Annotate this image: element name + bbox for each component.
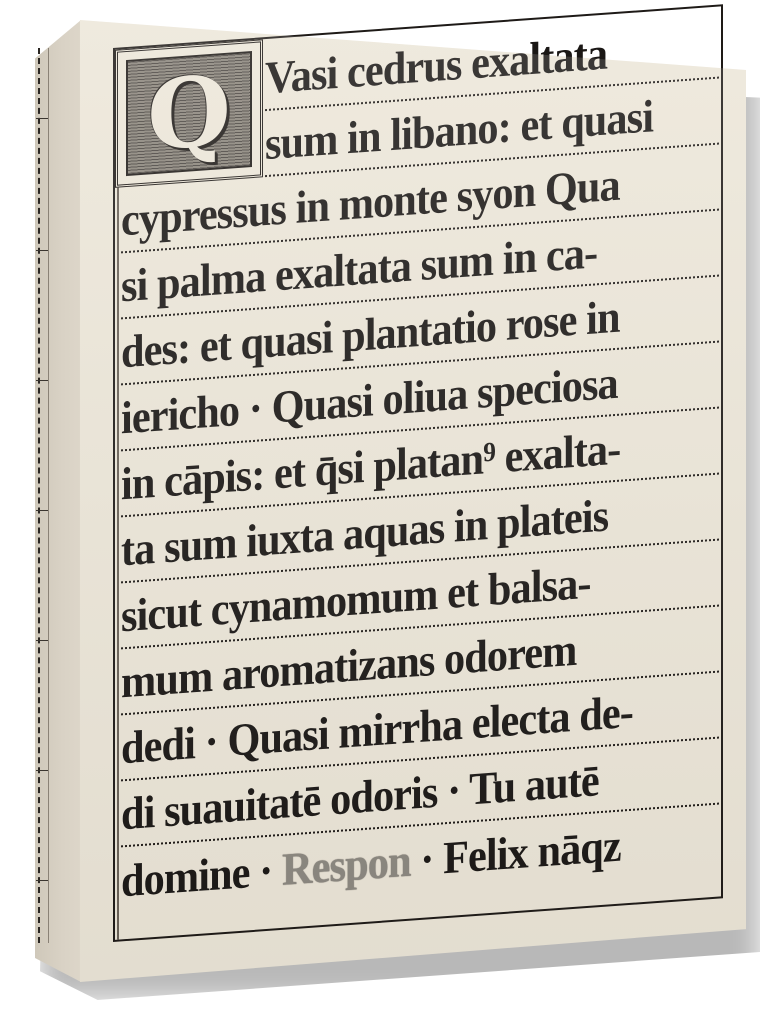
- side-edge-rule: [36, 770, 48, 771]
- initial-letter-q-icon: Q: [147, 63, 231, 165]
- side-edge-rule: [36, 510, 48, 511]
- initial-hatched-field: Q: [126, 51, 252, 176]
- side-edge-border: [38, 48, 49, 943]
- side-edge-rule: [36, 880, 48, 881]
- side-edge-rule: [36, 640, 48, 641]
- decorated-initial: Q: [115, 39, 263, 188]
- side-edge-rule: [36, 118, 48, 119]
- side-edge-rule: [36, 380, 48, 381]
- manuscript-page: Q Vasi cedrus exaltata sum in libano: et…: [113, 4, 725, 943]
- side-edge-rule: [36, 250, 48, 251]
- rubric-respon: Respon: [282, 834, 411, 894]
